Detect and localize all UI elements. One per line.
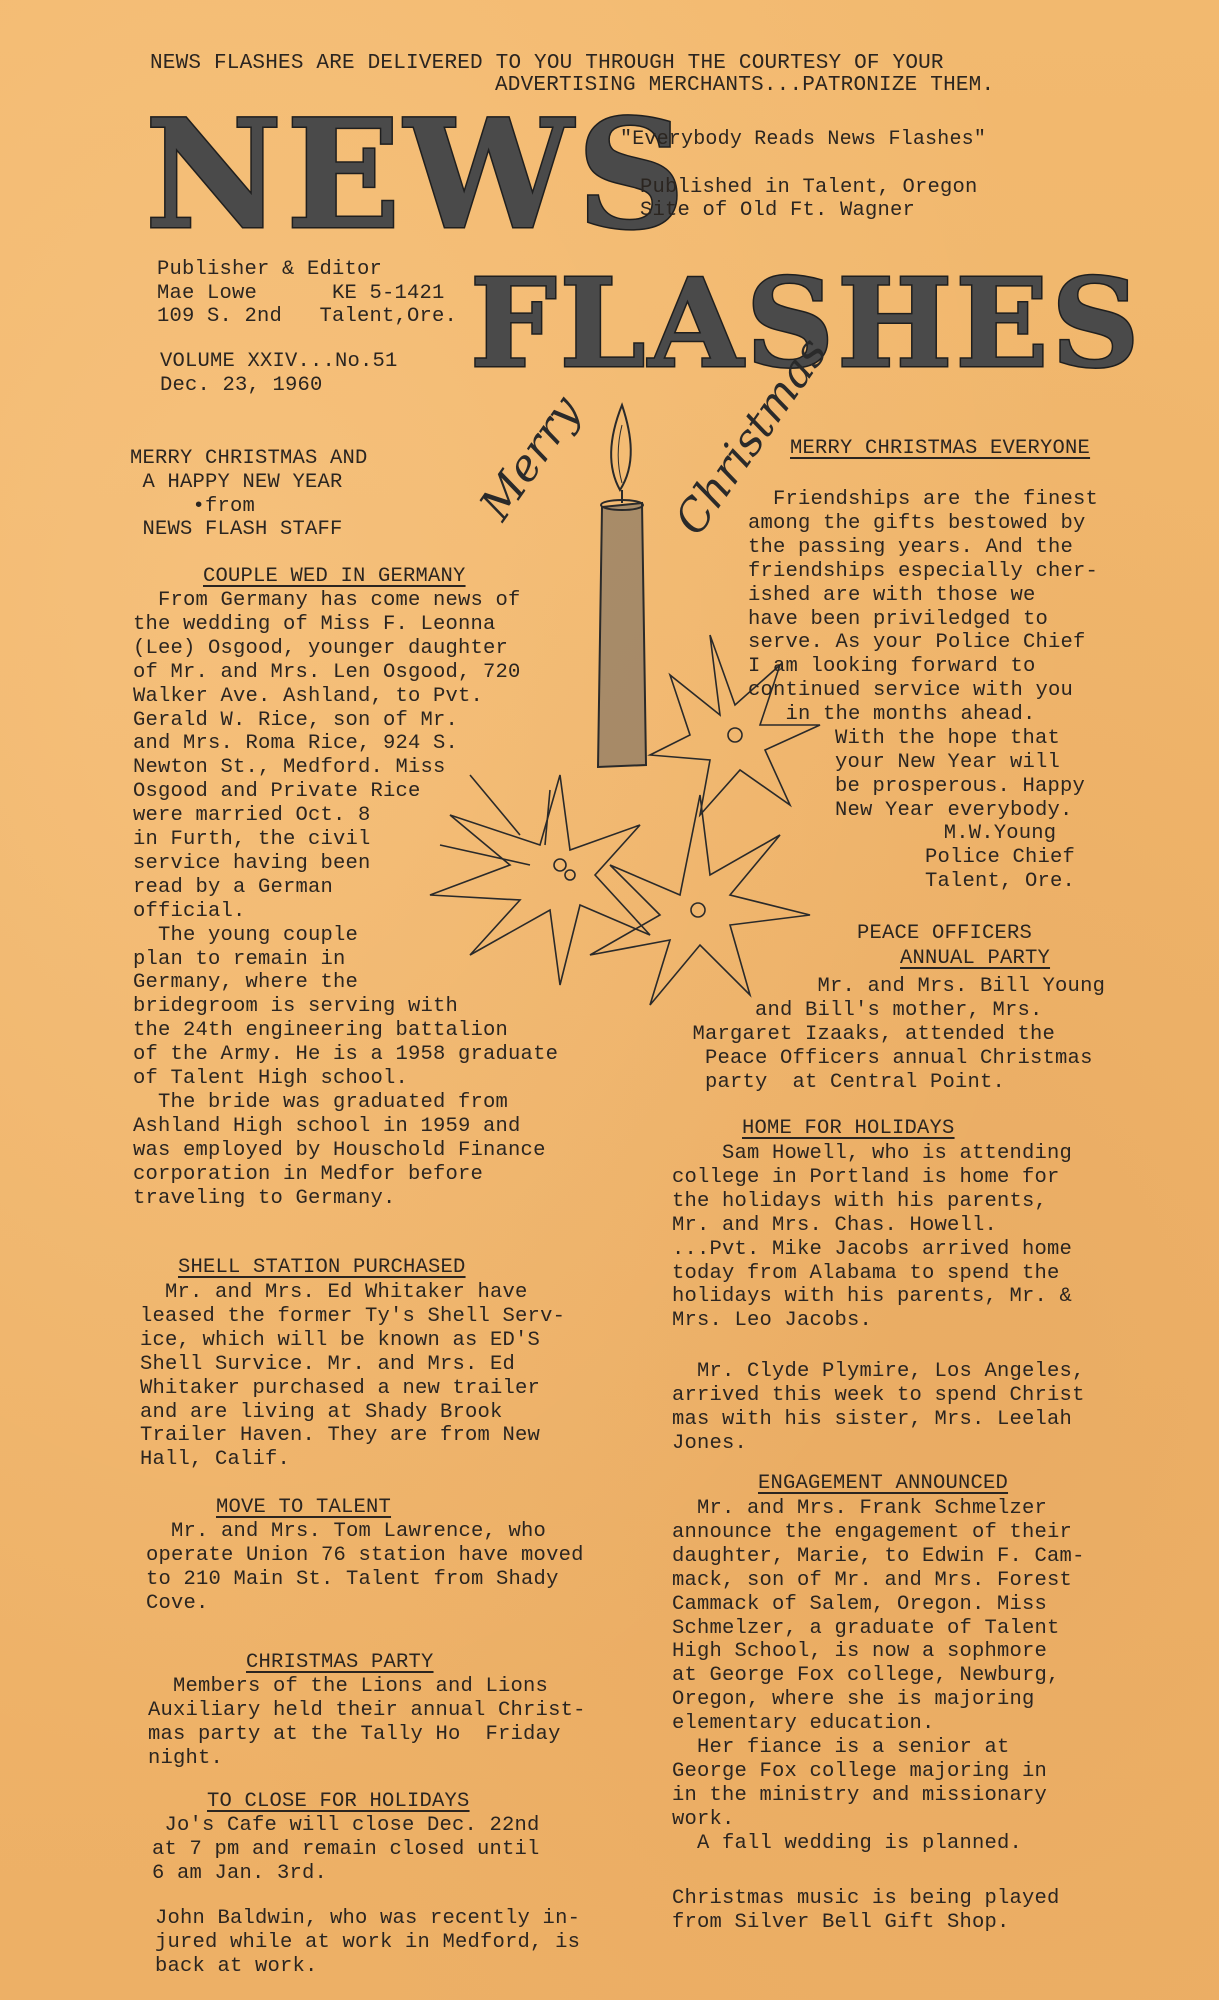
article-line: Trailer Haven. They are from New xyxy=(140,1424,540,1448)
article-line: The young couple xyxy=(133,924,358,948)
article-line: of the Army. He is a 1958 graduate xyxy=(133,1043,558,1067)
article-line: Members of the Lions and Lions xyxy=(148,1675,548,1699)
article-line: friendships especially cher- xyxy=(748,560,1098,584)
article-line: Sam Howell, who is attending xyxy=(672,1142,1072,1166)
article-line: the passing years. And the xyxy=(748,536,1073,560)
article-line: M.W.Young xyxy=(925,822,1075,846)
article-line: Talent, Ore. xyxy=(925,870,1075,894)
article-line: Police Chief xyxy=(925,846,1075,870)
article-line: Friendships are the finest xyxy=(748,488,1098,512)
article-line: today from Alabama to spend the xyxy=(672,1262,1060,1286)
courtesy-notice-line1: NEWS FLASHES ARE DELIVERED TO YOU THROUG… xyxy=(150,52,944,76)
article-line: Shell Survice. Mr. and Mrs. Ed xyxy=(140,1353,515,1377)
article-line: With the hope that xyxy=(835,727,1060,751)
article-line: Mrs. Leo Jacobs. xyxy=(672,1309,872,1333)
article-line: New Year everybody. xyxy=(835,799,1073,823)
publisher-address: 109 S. 2nd Talent,Ore. xyxy=(157,305,457,329)
article-line: and Bill's mother, Mrs. xyxy=(680,999,1043,1023)
article-line: Ashland High school in 1959 and xyxy=(133,1115,521,1139)
article-line: operate Union 76 station have moved xyxy=(146,1544,584,1568)
headline-to-close: TO CLOSE FOR HOLIDAYS xyxy=(207,1790,470,1814)
article-line: leased the former Ty's Shell Serv- xyxy=(140,1305,565,1329)
publisher-title: Publisher & Editor xyxy=(157,258,382,282)
article-line: ...Pvt. Mike Jacobs arrived home xyxy=(672,1238,1072,1262)
article-line: in the months ahead. xyxy=(748,703,1036,727)
headline-move-to-talent: MOVE TO TALENT xyxy=(216,1496,391,1520)
article-line: college in Portland is home for xyxy=(672,1166,1060,1190)
article-line: and are living at Shady Brook xyxy=(140,1401,503,1425)
article-line: from Silver Bell Gift Shop. xyxy=(672,1911,1010,1935)
article-line: at George Fox college, Newburg, xyxy=(672,1664,1060,1688)
article-line: mas party at the Tally Ho Friday xyxy=(148,1723,561,1747)
article-line: Schmelzer, a graduate of Talent xyxy=(672,1617,1060,1641)
article-line: announce the engagement of their xyxy=(672,1521,1072,1545)
article-line: in Furth, the civil xyxy=(133,828,371,852)
article-line: Mr. and Mrs. Chas. Howell. xyxy=(672,1214,997,1238)
article-line: Peace Officers annual Christmas xyxy=(680,1047,1093,1071)
article-line: the holidays with his parents, xyxy=(672,1190,1047,1214)
article-line: Osgood and Private Rice xyxy=(133,780,421,804)
article-line: have been priviledged to xyxy=(748,608,1048,632)
article-line: your New Year will xyxy=(835,751,1060,775)
article-line: elementary education. xyxy=(672,1712,935,1736)
article-line: at 7 pm and remain closed until xyxy=(152,1838,540,1862)
article-line: the 24th engineering battalion xyxy=(133,1019,508,1043)
article-line: (Lee) Osgood, younger daughter xyxy=(133,637,508,661)
article-line: Mr. and Mrs. Frank Schmelzer xyxy=(672,1497,1047,1521)
greeting-line: A HAPPY NEW YEAR xyxy=(130,471,343,495)
article-line: Mr. and Mrs. Bill Young xyxy=(680,975,1105,999)
article-line: daughter, Marie, to Edwin F. Cam- xyxy=(672,1545,1085,1569)
article-line: Margaret Izaaks, attended the xyxy=(680,1023,1055,1047)
article-line: the wedding of Miss F. Leonna xyxy=(133,613,496,637)
article-line: of Mr. and Mrs. Len Osgood, 720 xyxy=(133,661,521,685)
greeting-line: MERRY CHRISTMAS AND xyxy=(130,447,368,471)
article-line: 6 am Jan. 3rd. xyxy=(152,1862,327,1886)
greeting-line: •from xyxy=(130,495,255,519)
article-line: Whitaker purchased a new trailer xyxy=(140,1377,540,1401)
article-line: Newton St., Medford. Miss xyxy=(133,756,446,780)
headline-peace-officers: PEACE OFFICERS xyxy=(857,922,1032,946)
article-line: arrived this week to spend Christ xyxy=(672,1384,1085,1408)
article-line: were married Oct. 8 xyxy=(133,804,371,828)
article-line: night. xyxy=(148,1747,223,1771)
published-site: Site of Old Ft. Wagner xyxy=(640,199,915,223)
article-line: Jo's Cafe will close Dec. 22nd xyxy=(152,1814,540,1838)
article-line: John Baldwin, who was recently in- xyxy=(155,1907,580,1931)
article-line: of Talent High school. xyxy=(133,1067,408,1091)
article-line: Auxiliary held their annual Christ- xyxy=(148,1699,586,1723)
article-line: bridegroom is serving with xyxy=(133,995,458,1019)
article-line: plan to remain in xyxy=(133,948,346,972)
article-line: Mr. Clyde Plymire, Los Angeles, xyxy=(672,1360,1085,1384)
headline-shell-station: SHELL STATION PURCHASED xyxy=(178,1256,466,1280)
headline-engagement: ENGAGEMENT ANNOUNCED xyxy=(758,1472,1008,1496)
headline-christmas-party: CHRISTMAS PARTY xyxy=(246,1651,434,1675)
article-line: High School, is now a sophmore xyxy=(672,1640,1047,1664)
article-line: mack, son of Mr. and Mrs. Forest xyxy=(672,1569,1072,1593)
headline-couple-wed: COUPLE WED IN GERMANY xyxy=(203,565,466,589)
article-line: and Mrs. Roma Rice, 924 S. xyxy=(133,732,458,756)
article-line: Cammack of Salem, Oregon. Miss xyxy=(672,1593,1047,1617)
article-line: read by a German xyxy=(133,876,333,900)
article-line: Cove. xyxy=(146,1592,209,1616)
article-line: service having been xyxy=(133,852,371,876)
article-line: corporation in Medfor before xyxy=(133,1163,483,1187)
article-line: Christmas music is being played xyxy=(672,1887,1060,1911)
article-line: George Fox college majoring in xyxy=(672,1760,1047,1784)
article-line: Mr. and Mrs. Ed Whitaker have xyxy=(140,1281,528,1305)
publisher-name-phone: Mae Lowe KE 5-1421 xyxy=(157,282,445,306)
article-line: The bride was graduated from xyxy=(133,1091,508,1115)
article-line: serve. As your Police Chief xyxy=(748,631,1086,655)
article-line: to 210 Main St. Talent from Shady xyxy=(146,1568,559,1592)
volume-number: VOLUME XXIV...No.51 xyxy=(160,350,398,374)
article-line: From Germany has come news of xyxy=(133,589,521,613)
article-line: Germany, where the xyxy=(133,971,358,995)
article-line: ice, which will be known as ED'S xyxy=(140,1329,540,1353)
article-line: among the gifts bestowed by xyxy=(748,512,1086,536)
article-line: jured while at work in Medford, is xyxy=(155,1931,580,1955)
article-line: was employed by Houschold Finance xyxy=(133,1139,546,1163)
article-line: Oregon, where she is majoring xyxy=(672,1688,1035,1712)
article-line: ished are with those we xyxy=(748,584,1036,608)
article-line: official. xyxy=(133,900,246,924)
issue-date: Dec. 23, 1960 xyxy=(160,374,323,398)
published-location: Published in Talent, Oregon xyxy=(640,176,978,200)
article-line: in the ministry and missionary xyxy=(672,1784,1047,1808)
article-line: Mr. and Mrs. Tom Lawrence, who xyxy=(146,1520,546,1544)
headline-merry-christmas-everyone: MERRY CHRISTMAS EVERYONE xyxy=(790,437,1090,461)
article-line: Gerald W. Rice, son of Mr. xyxy=(133,709,458,733)
greeting-line: NEWS FLASH STAFF xyxy=(130,518,343,542)
masthead-news: NEWS xyxy=(145,100,689,250)
article-line: mas with his sister, Mrs. Leelah xyxy=(672,1408,1072,1432)
article-line: Her fiance is a senior at xyxy=(672,1736,1010,1760)
article-line: traveling to Germany. xyxy=(133,1187,396,1211)
article-line: back at work. xyxy=(155,1955,318,1979)
article-line: continued service with you xyxy=(748,679,1073,703)
tagline: "Everybody Reads News Flashes" xyxy=(620,128,986,152)
headline-home-for-holidays: HOME FOR HOLIDAYS xyxy=(742,1117,955,1141)
article-line: I am looking forward to xyxy=(748,655,1036,679)
article-line: Jones. xyxy=(672,1432,747,1456)
article-line: holidays with his parents, Mr. & xyxy=(672,1285,1072,1309)
article-line: party at Central Point. xyxy=(680,1071,1005,1095)
article-line: Walker Ave. Ashland, to Pvt. xyxy=(133,685,483,709)
article-line: Hall, Calif. xyxy=(140,1448,290,1472)
article-line: A fall wedding is planned. xyxy=(672,1832,1022,1856)
article-line: be prosperous. Happy xyxy=(835,775,1085,799)
headline-annual-party: ANNUAL PARTY xyxy=(900,947,1050,971)
article-line: work. xyxy=(672,1808,735,1832)
